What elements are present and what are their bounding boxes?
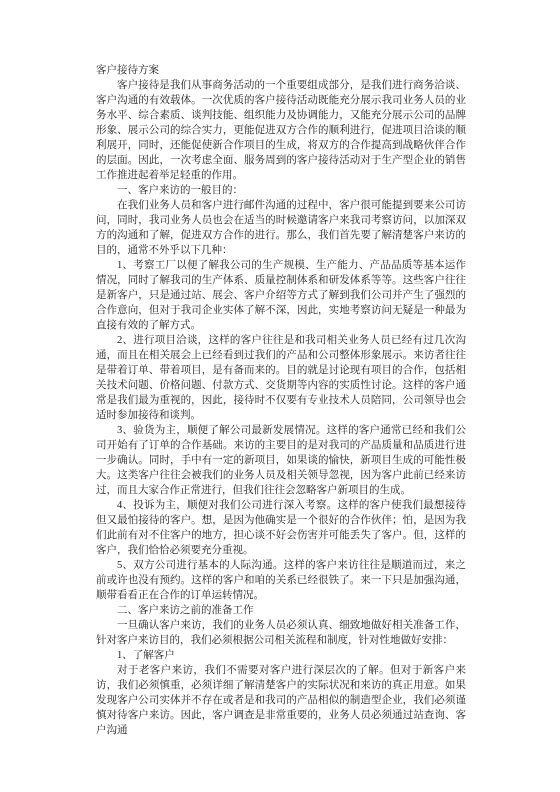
document-body: 客户接待方案 客户接待是我们从事商务活动的一个重要组成部分，是我们进行商务洽谈、… xyxy=(96,63,466,738)
document-page: 客户接待方案 客户接待是我们从事商务活动的一个重要组成部分，是我们进行商务洽谈、… xyxy=(0,0,560,792)
paragraph-purpose-3-goods-inspection: 3、验货为主，顺便了解公司最新发展情况。这样的客户通常已经和我们公司开始有了订单… xyxy=(96,423,466,498)
section-heading-2: 二、客户来访之前的准备工作 xyxy=(96,603,466,618)
subsection-heading-know-customer: 1、了解客户 xyxy=(96,648,466,663)
paragraph-purpose-2-project-negotiation: 2、进行项目洽谈，这样的客户往往是和我司相关业务人员已经有过几次沟通，而且在相关… xyxy=(96,333,466,423)
paragraph-purpose-4-complaint: 4、投诉为主，顺便对我们公司进行深入考察。这样的客户使我们最想接待但又最怕接待的… xyxy=(96,498,466,558)
paragraph-know-customer-detail: 对于老客户来访，我们不需要对客户进行深层次的了解。但对于新客户来访，我们必须慎重… xyxy=(96,663,466,738)
paragraph-preparation-intro: 一旦确认客户来访，我们的业务人员必须认真、细致地做好相关准备工作，针对客户来访目… xyxy=(96,618,466,648)
document-title: 客户接待方案 xyxy=(96,63,466,78)
section-heading-1: 一、客户来访的一般目的： xyxy=(96,183,466,198)
paragraph-purpose-1-factory-visit: 1、考察工厂以便了解我公司的生产规模、生产能力、产品品质等基本运作情况，同时了解… xyxy=(96,258,466,333)
paragraph-visit-purpose-intro: 在我们业务人员和客户进行邮件沟通的过程中，客户很可能提到要来公司访问，同时，我司… xyxy=(96,198,466,258)
paragraph-intro: 客户接待是我们从事商务活动的一个重要组成部分，是我们进行商务洽谈、客户沟通的有效… xyxy=(96,78,466,183)
paragraph-purpose-5-interpersonal: 5、双方公司进行基本的人际沟通。这样的客户来访往往是顺道而过，来之前或许也没有预… xyxy=(96,558,466,603)
